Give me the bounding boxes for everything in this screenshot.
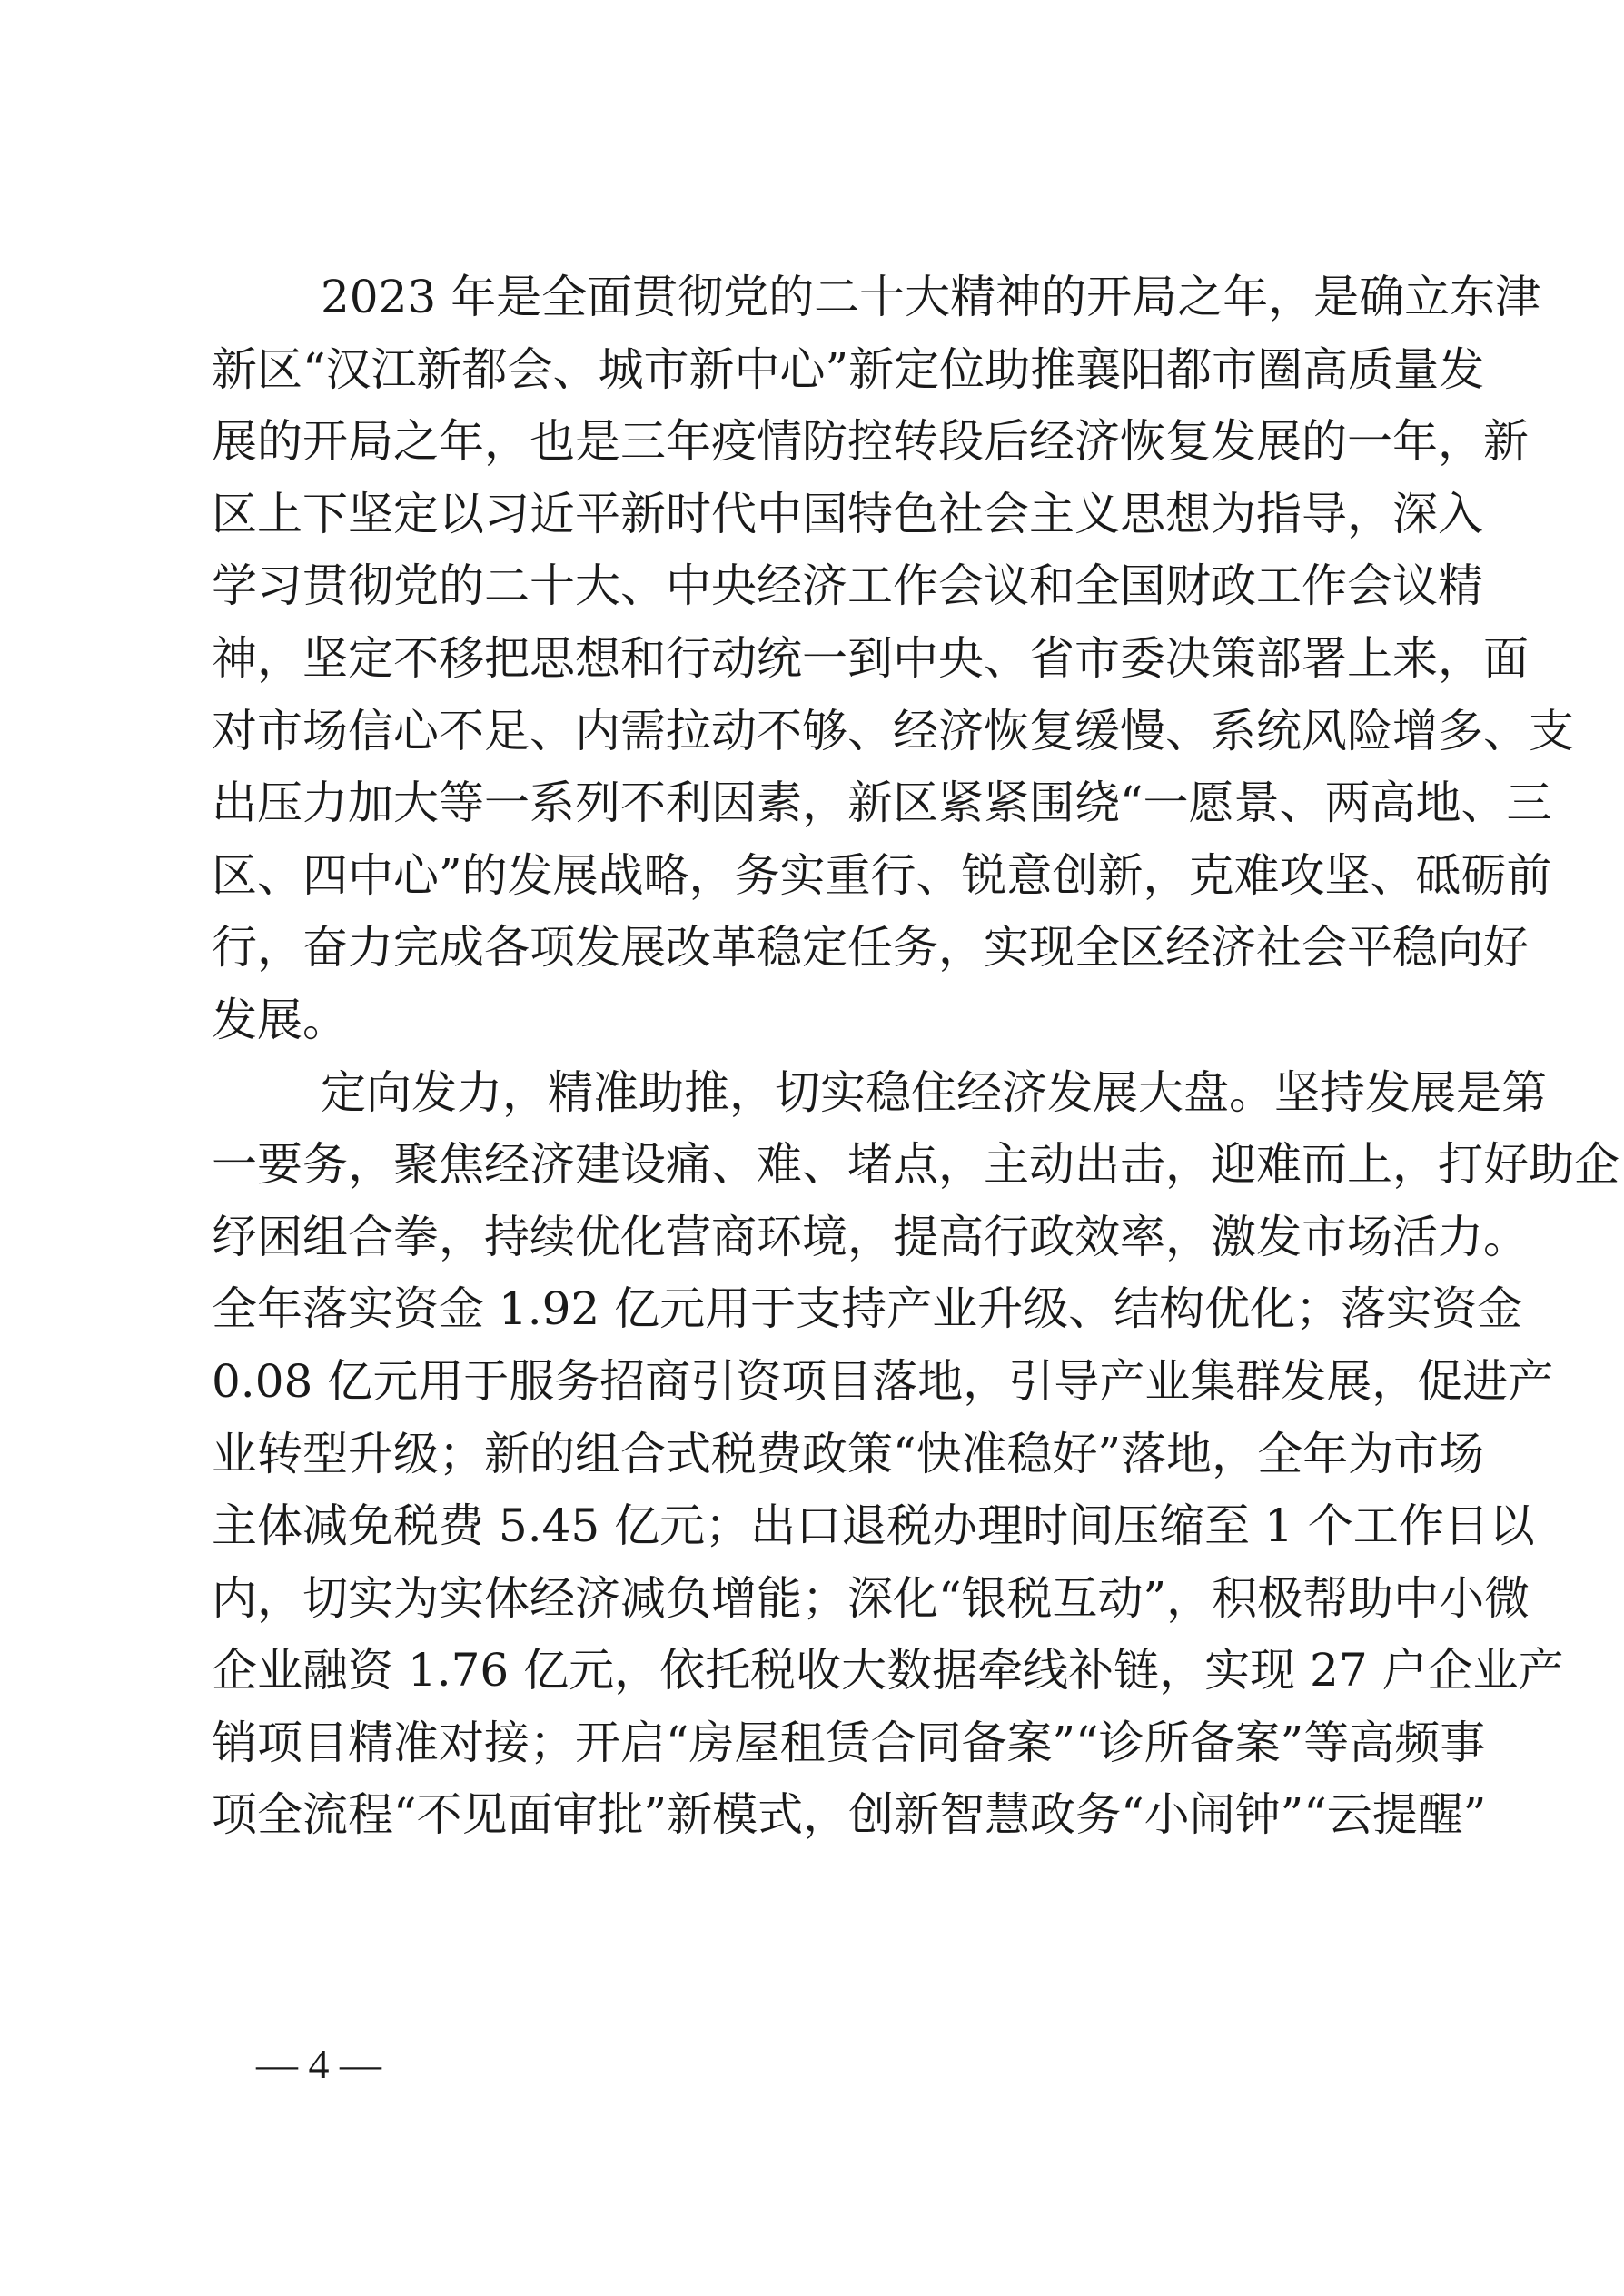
paragraph-2-line-1: 定向发力，精准助推，切实稳住经济发展大盘。坚持发展是第	[212, 1057, 1412, 1130]
paragraph-1-line-9: 区、四中心”的发展战略，务实重行、锐意创新，克难攻坚、砥砺前	[212, 840, 1412, 913]
paragraph-2-line-9: 企业融资 1.76 亿元，依托税收大数据牵线补链，实现 27 户企业产	[212, 1635, 1412, 1707]
paragraph-2-line-3: 纾困组合拳，持续优化营商环境，提高行政效率，激发市场活力。	[212, 1202, 1412, 1274]
paragraph-2-line-11: 项全流程“不见面审批”新模式，创新智慧政务“小闹钟”“云提醒”	[212, 1779, 1412, 1852]
paragraph-2-line-10: 销项目精准对接；开启“房屋租赁合同备案”“诊所备案”等高频事	[212, 1707, 1412, 1780]
paragraph-1-line-6: 神，坚定不移把思想和行动统一到中央、省市委决策部署上来，面	[212, 623, 1412, 696]
paragraph-1-line-7: 对市场信心不足、内需拉动不够、经济恢复缓慢、系统风险增多、支	[212, 696, 1412, 768]
paragraph-2-line-5: 0.08 亿元用于服务招商引资项目落地，引导产业集群发展，促进产	[212, 1346, 1412, 1419]
paragraph-1-line-8: 出压力加大等一系列不利因素，新区紧紧围绕“一愿景、两高地、三	[212, 767, 1412, 840]
page-number: — 4 —	[256, 2042, 381, 2087]
paragraph-2-line-8: 内，切实为实体经济减负增能；深化“银税互动”，积极帮助中小微	[212, 1563, 1412, 1636]
paragraph-1-line-4: 区上下坚定以习近平新时代中国特色社会主义思想为指导，深入	[212, 479, 1412, 551]
paragraph-2-line-6: 业转型升级；新的组合式税费政策“快准稳好”落地，全年为市场	[212, 1419, 1412, 1491]
paragraph-1-line-5: 学习贯彻党的二十大、中央经济工作会议和全国财政工作会议精	[212, 550, 1412, 623]
paragraph-2-line-4: 全年落实资金 1.92 亿元用于支持产业升级、结构优化；落实资金	[212, 1273, 1412, 1346]
paragraph-1-line-10: 行，奋力完成各项发展改革稳定任务，实现全区经济社会平稳向好	[212, 912, 1412, 985]
paragraph-1-line-2: 新区“汉江新都会、城市新中心”新定位助推襄阳都市圈高质量发	[212, 334, 1412, 407]
paragraph-1-line-3: 展的开局之年，也是三年疫情防控转段后经济恢复发展的一年，新	[212, 406, 1412, 479]
paragraph-1-line-11: 发展。	[212, 985, 1412, 1057]
body-text: 2023 年是全面贯彻党的二十大精神的开局之年，是确立东津 新区“汉江新都会、城…	[212, 262, 1412, 1852]
paragraph-2-line-2: 一要务，聚焦经济建设痛、难、堵点，主动出击，迎难而上，打好助企	[212, 1129, 1412, 1202]
paragraph-2-line-7: 主体减免税费 5.45 亿元；出口退税办理时间压缩至 1 个工作日以	[212, 1490, 1412, 1563]
document-page: 2023 年是全面贯彻党的二十大精神的开局之年，是确立东津 新区“汉江新都会、城…	[0, 0, 1624, 2296]
paragraph-1-line-1: 2023 年是全面贯彻党的二十大精神的开局之年，是确立东津	[212, 262, 1412, 334]
